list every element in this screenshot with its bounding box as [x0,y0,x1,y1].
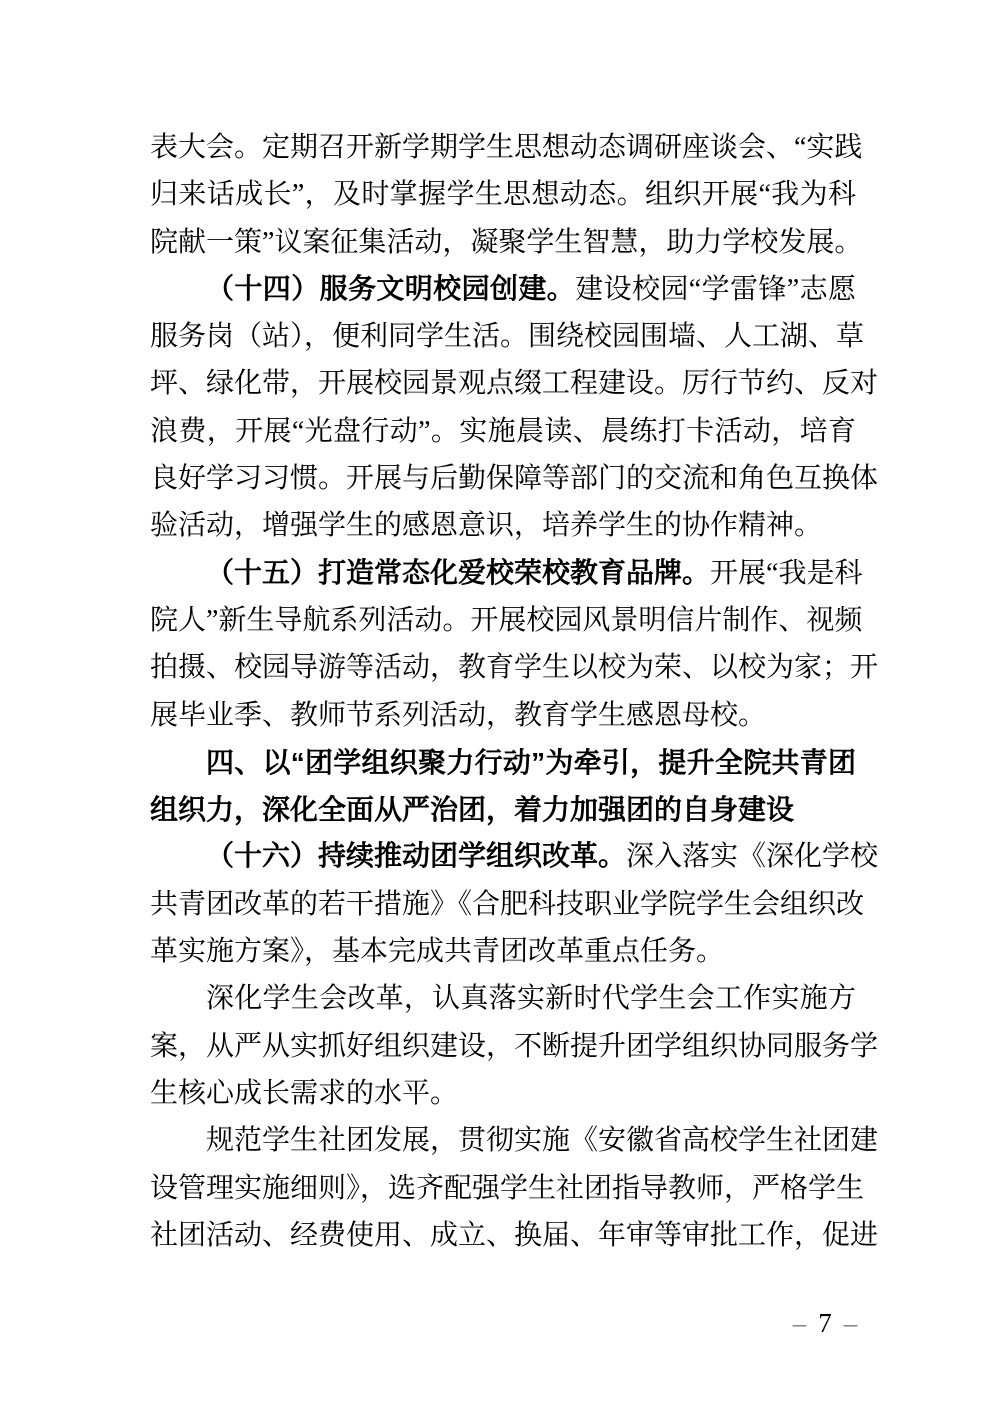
line-text: 良好学习习惯。开展与后勤保障等部门的交流和角色互换体 [150,463,878,494]
line-text: 案，从严从实抓好组织建设，不断提升团学组织协同服务学 [150,1031,878,1062]
line-text: 设管理实施细则》，选齐配强学生社团指导教师，严格学生 [150,1173,864,1204]
text-line: 服务岗（站），便利同学生活。围绕校园围墙、人工湖、草 [150,313,856,360]
heading-text: 四、以“团学组织聚力行动”为牵引，提升全院共青团 [206,747,856,778]
page-number: –7– [755,1303,895,1343]
line-text: 表大会。定期召开新学期学生思想动态调研座谈会、“实践 [150,132,862,163]
line-text: 坪、绿化带，开展校园景观点缀工程建设。厉行节约、反对 [150,368,878,399]
paragraph-lead-bold: （十六）持续推动团学组织改革。 [206,841,626,872]
text-line: 院献一策”议案征集活动，凝聚学生智慧，助力学校发展。 [150,219,856,266]
line-text: 建设校园“学雷锋”志愿 [575,274,856,305]
text-line: 浪费，开展“光盘行动”。实施晨读、晨练打卡活动，培育 [150,408,856,455]
text-line: 验活动，增强学生的感恩意识，培养学生的协作精神。 [150,502,856,549]
text-line: 展毕业季、教师节系列活动，教育学生感恩母校。 [150,692,856,739]
line-text: 规范学生社团发展，贯彻实施《安徽省高校学生社团建 [206,1125,878,1156]
text-line: 共青团改革的若干措施》《合肥科技职业学院学生会组织改 [150,881,856,928]
line-text: 拍摄、校园导游等活动，教育学生以校为荣、以校为家；开 [150,652,878,683]
line-text: 社团活动、经费使用、成立、换届、年审等审批工作，促进 [150,1220,878,1251]
page-number-dash-left: – [793,1308,807,1338]
paragraph-lead-bold: （十四）服务文明校园创建。 [206,274,575,305]
text-line-paragraph-14-start: （十四）服务文明校园创建。建设校园“学雷锋”志愿 [150,266,856,313]
document-page: 表大会。定期召开新学期学生思想动态调研座谈会、“实践 归来话成长”，及时掌握学生… [0,0,1000,1414]
line-text: 生核心成长需求的水平。 [150,1078,458,1109]
text-line: 坪、绿化带，开展校园景观点缀工程建设。厉行节约、反对 [150,360,856,407]
line-text: 院人”新生导航系列活动。开展校园风景明信片制作、视频 [150,605,862,636]
document-body: 表大会。定期召开新学期学生思想动态调研座谈会、“实践 归来话成长”，及时掌握学生… [150,124,856,1259]
text-line-paragraph-16-start: （十六）持续推动团学组织改革。深入落实《深化学校 [150,833,856,880]
heading-text: 组织力，深化全面从严治团，着力加强团的自身建设 [150,794,794,825]
text-line: 设管理实施细则》，选齐配强学生社团指导教师，严格学生 [150,1165,856,1212]
text-line-paragraph-start: 深化学生会改革，认真落实新时代学生会工作实施方 [150,975,856,1022]
text-line-paragraph-start: 规范学生社团发展，贯彻实施《安徽省高校学生社团建 [150,1117,856,1164]
text-line: 社团活动、经费使用、成立、换届、年审等审批工作，促进 [150,1212,856,1259]
text-line: 院人”新生导航系列活动。开展校园风景明信片制作、视频 [150,597,856,644]
section-heading-line: 组织力，深化全面从严治团，着力加强团的自身建设 [150,786,856,833]
text-line: 革实施方案》，基本完成共青团改革重点任务。 [150,928,856,975]
text-line: 良好学习习惯。开展与后勤保障等部门的交流和角色互换体 [150,455,856,502]
line-text: 院献一策”议案征集活动，凝聚学生智慧，助力学校发展。 [150,227,862,258]
line-text: 深入落实《深化学校 [626,841,878,872]
line-text: 开展“我是科 [710,558,862,589]
text-line: 归来话成长”，及时掌握学生思想动态。组织开展“我为科 [150,171,856,218]
page-number-value: 7 [818,1308,832,1338]
line-text: 展毕业季、教师节系列活动，教育学生感恩母校。 [150,700,766,731]
section-heading-line: 四、以“团学组织聚力行动”为牵引，提升全院共青团 [150,739,856,786]
line-text: 验活动，增强学生的感恩意识，培养学生的协作精神。 [150,510,822,541]
line-text: 深化学生会改革，认真落实新时代学生会工作实施方 [206,983,856,1014]
text-line: 生核心成长需求的水平。 [150,1070,856,1117]
line-text: 共青团改革的若干措施》《合肥科技职业学院学生会组织改 [150,889,864,920]
text-line-paragraph-15-start: （十五）打造常态化爱校荣校教育品牌。开展“我是科 [150,550,856,597]
text-line: 表大会。定期召开新学期学生思想动态调研座谈会、“实践 [150,124,856,171]
paragraph-lead-bold: （十五）打造常态化爱校荣校教育品牌。 [206,558,710,589]
line-text: 服务岗（站），便利同学生活。围绕校园围墙、人工湖、草 [150,321,864,352]
line-text: 革实施方案》，基本完成共青团改革重点任务。 [150,936,724,967]
line-text: 归来话成长”，及时掌握学生思想动态。组织开展“我为科 [150,179,856,210]
text-line: 案，从严从实抓好组织建设，不断提升团学组织协同服务学 [150,1023,856,1070]
text-line: 拍摄、校园导游等活动，教育学生以校为荣、以校为家；开 [150,644,856,691]
line-text: 浪费，开展“光盘行动”。实施晨读、晨练打卡活动，培育 [150,416,856,447]
page-number-dash-right: – [844,1308,858,1338]
